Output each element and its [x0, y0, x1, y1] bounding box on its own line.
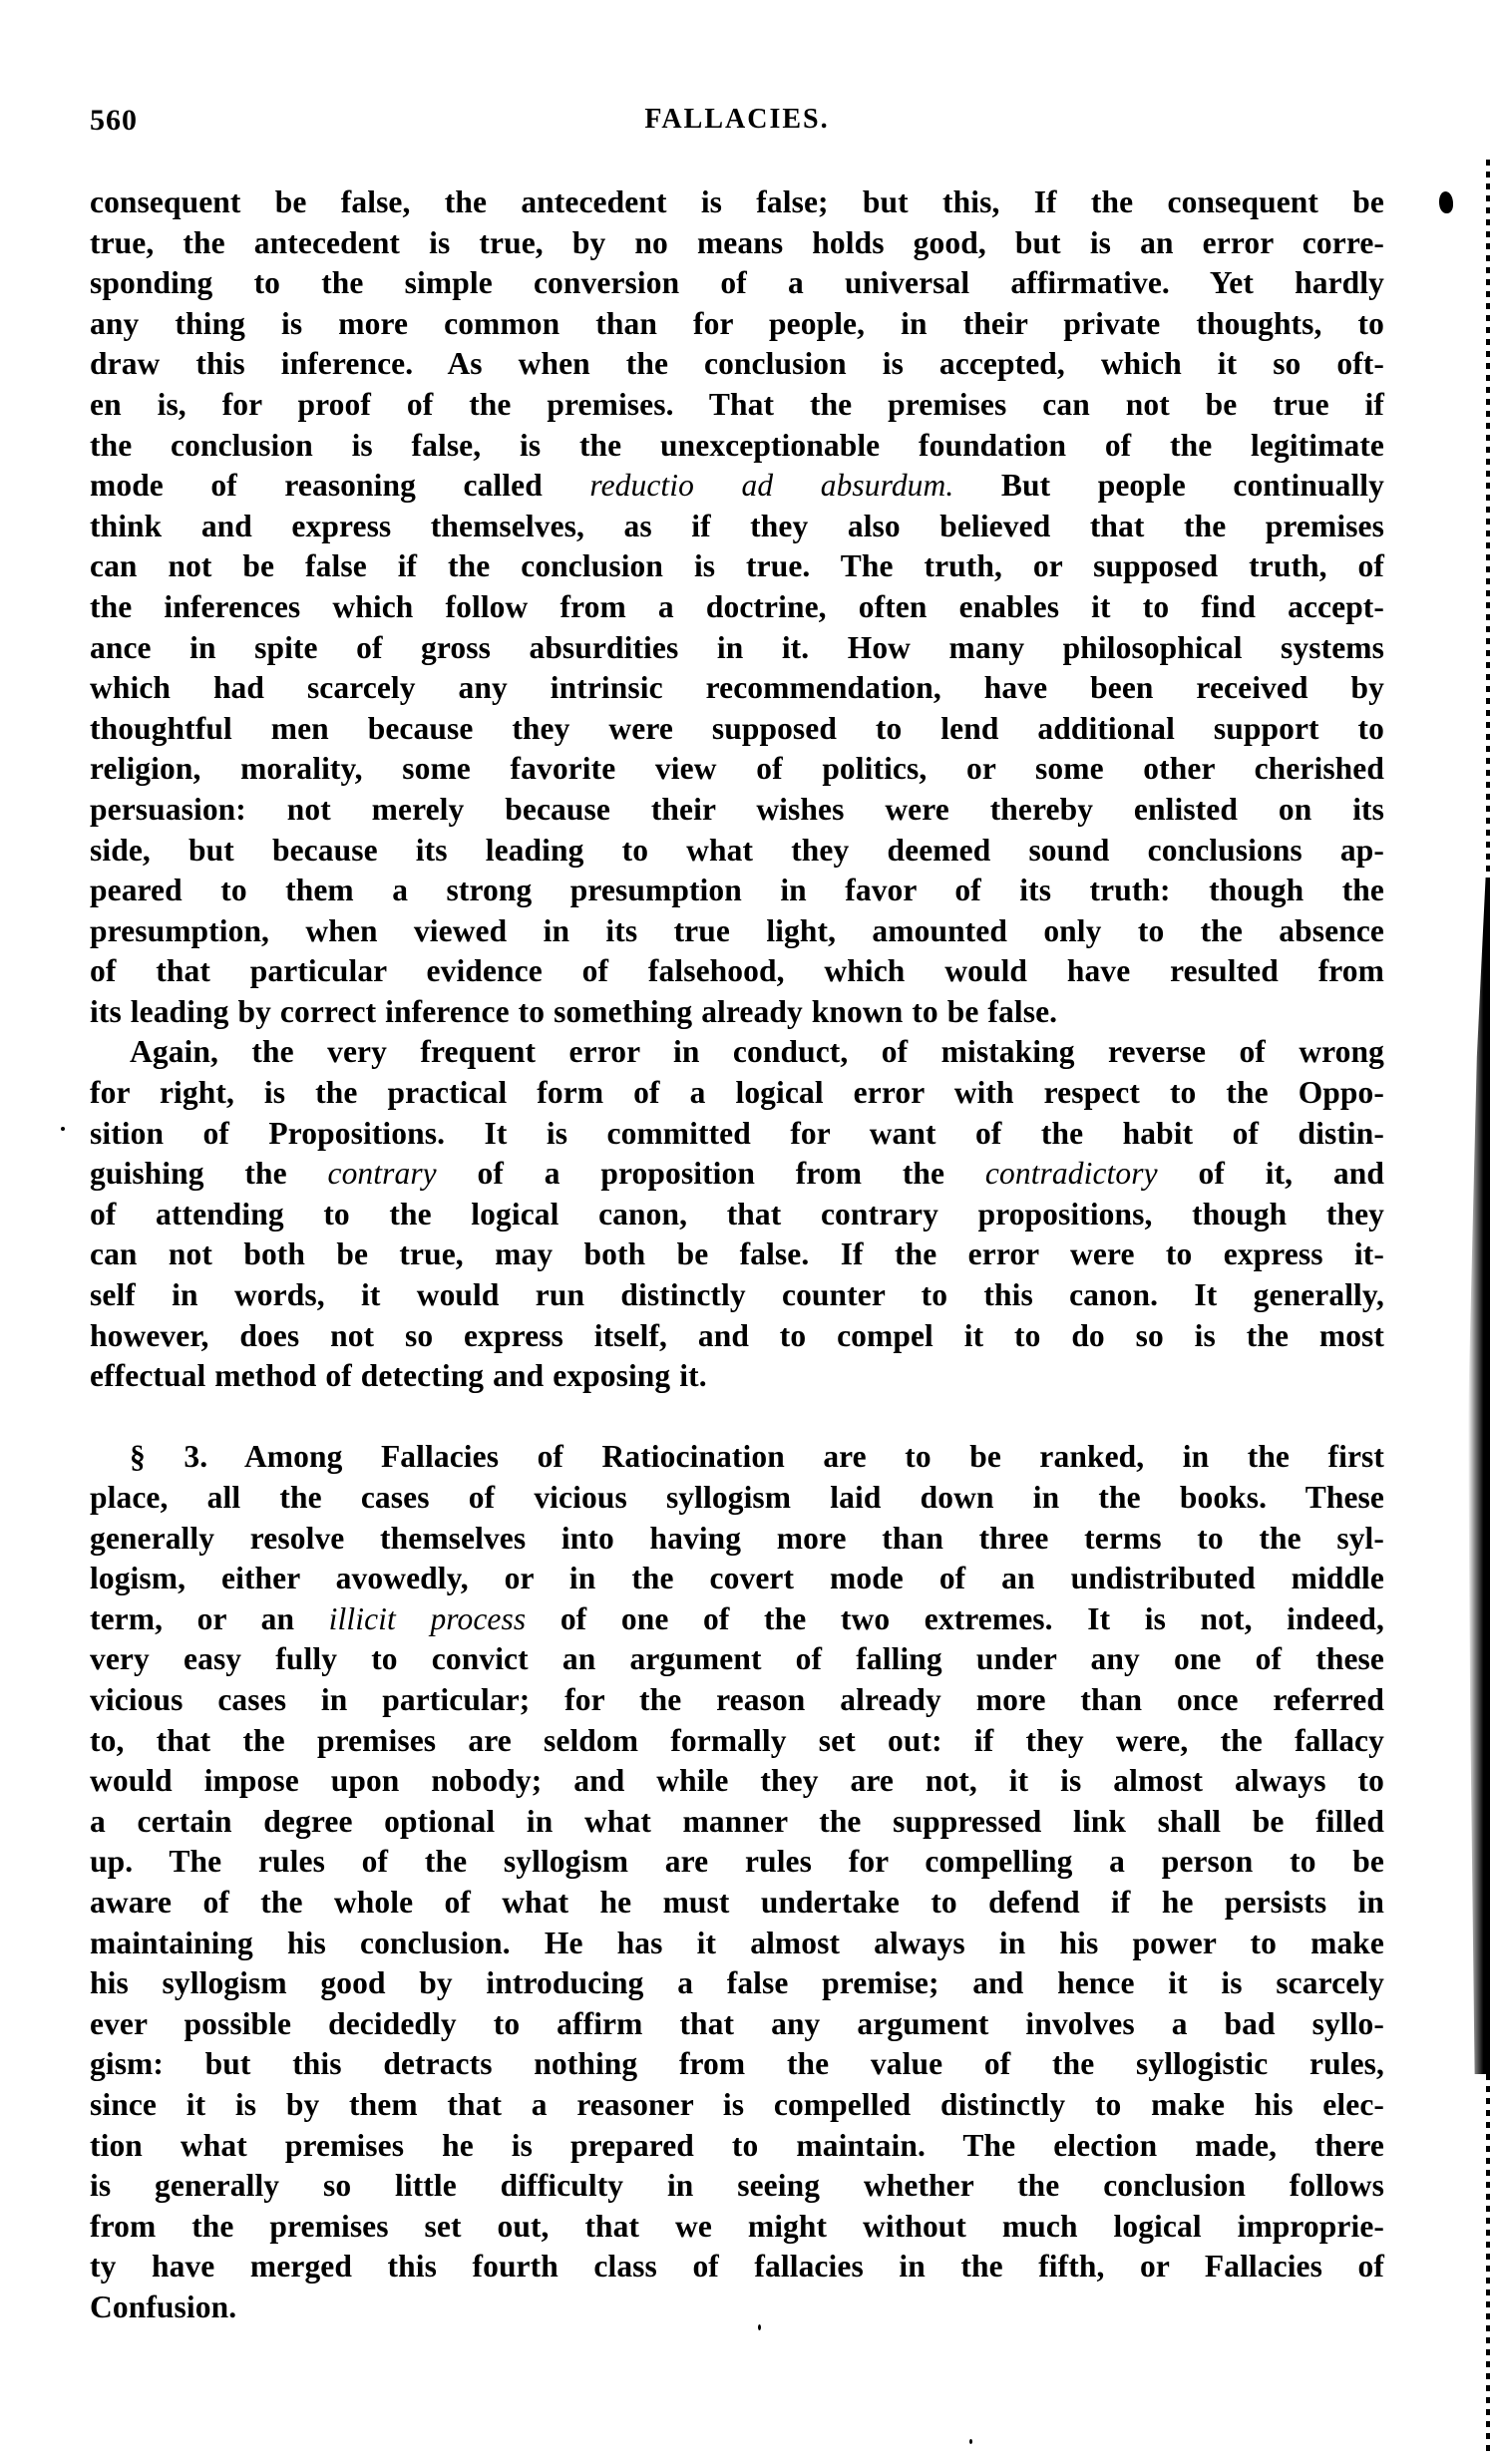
- text-line: generally resolve themselves into having…: [90, 1519, 1384, 1560]
- text-line: logism, either avowedly, or in the cover…: [90, 1559, 1384, 1599]
- text-line: ever possible decidedly to affirm that a…: [90, 2004, 1384, 2045]
- body-text: consequent be false, the antecedent is f…: [90, 182, 1384, 2327]
- italic-term: contradictory: [985, 1156, 1158, 1191]
- text-line: the conclusion is false, is the unexcept…: [90, 426, 1384, 467]
- text-line: sition of Propositions. It is committed …: [90, 1114, 1384, 1155]
- text-line: since it is by them that a reasoner is c…: [90, 2085, 1384, 2126]
- text-line: of attending to the logical canon, that …: [90, 1195, 1384, 1235]
- text-line: Again, the very frequent error in conduc…: [90, 1032, 1384, 1073]
- stray-mark-icon: [758, 2324, 761, 2330]
- text-line: true, the antecedent is true, by no mean…: [90, 223, 1384, 264]
- text-line: to, that the premises are seldom formall…: [90, 1721, 1384, 1762]
- text-line: ty have merged this fourth class of fall…: [90, 2247, 1384, 2288]
- margin-dot-icon: [61, 1127, 65, 1131]
- text-line: presumption, when viewed in its true lig…: [90, 911, 1384, 952]
- text-line: up. The rules of the syllogism are rules…: [90, 1842, 1384, 1883]
- text-line: for right, is the practical form of a lo…: [90, 1073, 1384, 1114]
- text-line: self in words, it would run distinctly c…: [90, 1275, 1384, 1316]
- text-line: can not be false if the conclusion is tr…: [90, 546, 1384, 587]
- text-line: can not both be true, may both be false.…: [90, 1234, 1384, 1275]
- text-line: of that particular evidence of falsehood…: [90, 951, 1384, 992]
- text-line: persuasion: not merely because their wis…: [90, 790, 1384, 831]
- text-line: Confusion.: [90, 2288, 1384, 2328]
- paragraph: Again, the very frequent error in conduc…: [90, 1032, 1384, 1396]
- text-line: place, all the cases of vicious syllogis…: [90, 1478, 1384, 1519]
- text-line: religion, morality, some favorite view o…: [90, 749, 1384, 790]
- text-line: thoughtful men because they were suppose…: [90, 709, 1384, 750]
- text-line: however, does not so express itself, and…: [90, 1316, 1384, 1357]
- text-line: consequent be false, the antecedent is f…: [90, 182, 1384, 223]
- scan-edge-shadow: [1468, 878, 1490, 2074]
- text-line: maintaining his conclusion. He has it al…: [90, 1924, 1384, 1964]
- text-line: peared to them a strong presumption in f…: [90, 871, 1384, 911]
- text-line: § 3. Among Fallacies of Ratiocination ar…: [90, 1437, 1384, 1478]
- text-line: guishing the contrary of a proposition f…: [90, 1154, 1384, 1195]
- text-line: en is, for proof of the premises. That t…: [90, 385, 1384, 426]
- italic-term: contrary: [327, 1156, 436, 1191]
- ink-blot-icon: [1439, 191, 1453, 213]
- text-line: from the premises set out, that we might…: [90, 2207, 1384, 2248]
- text-line: sponding to the simple conversion of a u…: [90, 263, 1384, 304]
- section-gap: [90, 1397, 1384, 1438]
- text-line: ance in spite of gross absurdities in it…: [90, 628, 1384, 669]
- text-line: vicious cases in particular; for the rea…: [90, 1680, 1384, 1721]
- text-line: is generally so little difficulty in see…: [90, 2166, 1384, 2207]
- text-line: very easy fully to convict an argument o…: [90, 1639, 1384, 1680]
- text-line: the inferences which follow from a doctr…: [90, 587, 1384, 628]
- paragraph: § 3. Among Fallacies of Ratiocination ar…: [90, 1437, 1384, 2327]
- text-line: which had scarcely any intrinsic recomme…: [90, 668, 1384, 709]
- running-head: 560 FALLACIES.: [90, 104, 1384, 144]
- text-line: any thing is more common than for people…: [90, 304, 1384, 345]
- text-line: his syllogism good by introducing a fals…: [90, 1963, 1384, 2004]
- stray-mark-icon: [969, 2439, 972, 2444]
- text-line: tion what premises he is prepared to mai…: [90, 2126, 1384, 2167]
- text-line: gism: but this detracts nothing from the…: [90, 2044, 1384, 2085]
- text-line: a certain degree optional in what manner…: [90, 1802, 1384, 1843]
- italic-term: reductio ad absurdum.: [589, 468, 953, 503]
- text-line: effectual method of detecting and exposi…: [90, 1356, 1384, 1397]
- text-line: aware of the whole of what he must under…: [90, 1883, 1384, 1924]
- text-line: its leading by correct inference to some…: [90, 992, 1384, 1033]
- text-line: mode of reasoning called reductio ad abs…: [90, 466, 1384, 507]
- book-page: 560 FALLACIES. consequent be false, the …: [0, 0, 1490, 2464]
- text-line: side, but because its leading to what th…: [90, 831, 1384, 872]
- italic-term: illicit process: [329, 1601, 527, 1636]
- text-line: draw this inference. As when the conclus…: [90, 344, 1384, 385]
- text-line: think and express themselves, as if they…: [90, 507, 1384, 547]
- running-title: FALLACIES.: [90, 104, 1384, 136]
- text-line: term, or an illicit process of one of th…: [90, 1599, 1384, 1640]
- paragraph: consequent be false, the antecedent is f…: [90, 182, 1384, 1032]
- text-line: would impose upon nobody; and while they…: [90, 1761, 1384, 1802]
